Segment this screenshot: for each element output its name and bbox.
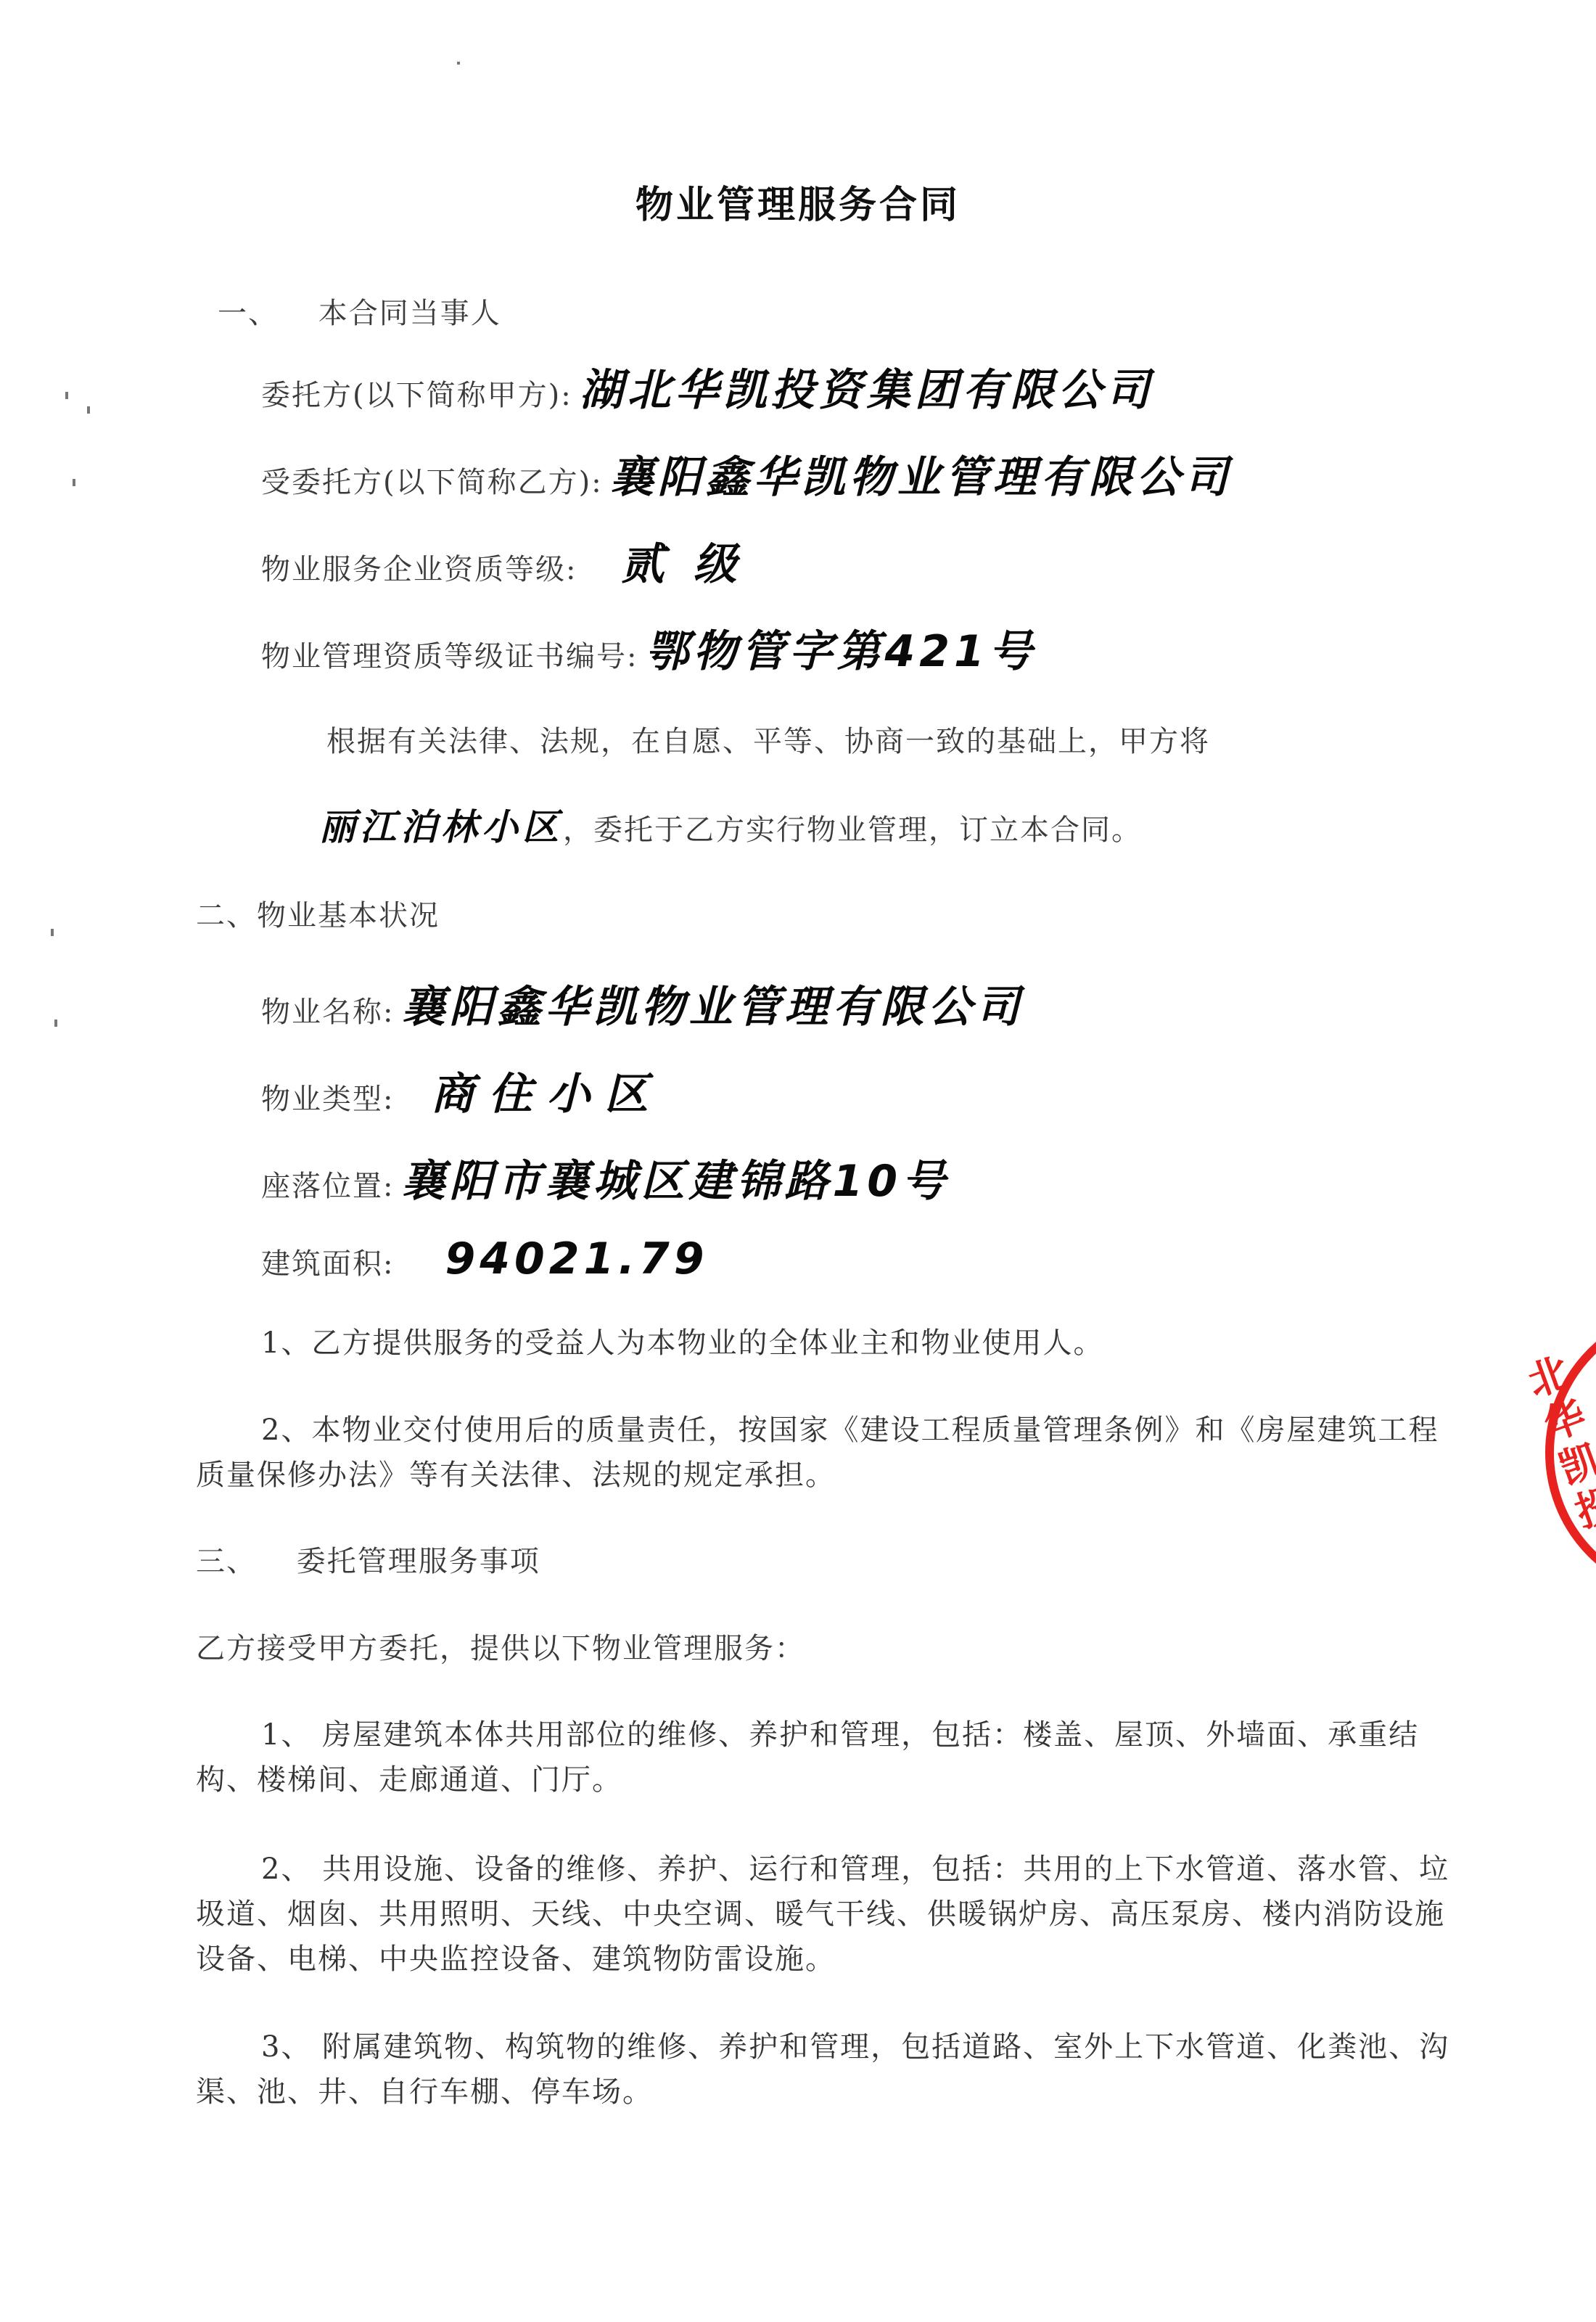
clause-1: 1、乙方提供服务的受益人为本物业的全体业主和物业使用人。 xyxy=(261,1321,1494,1366)
service-item-2: 2、 共用设施、设备的维修、养护、运行和管理，包括：共用的上下水管道、落水管、垃… xyxy=(196,1847,1465,1982)
field-label: 建筑面积: xyxy=(261,1247,394,1281)
section2-title: 物业基本状况 xyxy=(257,899,440,932)
field-label: 物业服务企业资质等级: xyxy=(261,553,577,586)
section3-heading: 三、 委托管理服务事项 xyxy=(196,1538,540,1580)
scan-mark xyxy=(65,392,68,399)
field-value-handwritten: 襄阳鑫华凯物业管理有限公司 xyxy=(610,452,1233,503)
service-item-3: 3、 附属建筑物、构筑物的维修、养护和管理，包括道路、室外上下水管道、化粪池、沟… xyxy=(196,2024,1465,2114)
field-value-handwritten: 湖北华凯投资集团有限公司 xyxy=(580,365,1154,416)
section3-title: 委托管理服务事项 xyxy=(297,1545,540,1578)
section2-number: 二、 xyxy=(196,899,257,932)
section1-heading: 一、 本合同当事人 xyxy=(218,290,501,332)
field-value-handwritten: 贰级 xyxy=(620,539,765,590)
document-title: 物业管理服务合同 xyxy=(0,174,1596,229)
scan-mark xyxy=(54,1020,57,1027)
field-value-handwritten: 94021.79 xyxy=(445,1234,708,1284)
field-label: 物业类型: xyxy=(261,1083,394,1116)
field-value-handwritten: 襄阳鑫华凯物业管理有限公司 xyxy=(401,982,1024,1033)
scan-mark xyxy=(87,406,90,414)
intro-line-2: 丽江泊林小区，委托于乙方实行物业管理，订立本合同。 xyxy=(319,798,1142,850)
field-party-a: 委托方(以下简称甲方):湖北华凯投资集团有限公司 xyxy=(261,356,1154,418)
clause-2: 2、本物业交付使用后的质量责任，按国家《建设工程质量管理条例》和《房屋建筑工程质… xyxy=(196,1408,1465,1498)
field-qualification-level: 物业服务企业资质等级:贰级 xyxy=(261,530,765,592)
scan-mark xyxy=(51,929,54,936)
service-item-1: 1、 房屋建筑本体共用部位的维修、养护和管理，包括：楼盖、屋顶、外墙面、承重结构… xyxy=(196,1712,1465,1802)
field-value-handwritten: 商住小区 xyxy=(430,1069,662,1120)
field-property-type: 物业类型:商住小区 xyxy=(261,1059,662,1122)
scan-mark xyxy=(73,479,75,486)
field-value-handwritten: 襄阳市襄城区建锦路10号 xyxy=(401,1156,950,1207)
field-party-b: 受委托方(以下简称乙方):襄阳鑫华凯物业管理有限公司 xyxy=(261,443,1233,505)
section3-intro: 乙方接受甲方委托，提供以下物业管理服务： xyxy=(196,1625,805,1667)
section2-heading: 二、物业基本状况 xyxy=(196,893,440,934)
section1-number: 一、 xyxy=(218,297,279,330)
intro-line-2-text: ，委托于乙方实行物业管理，订立本合同。 xyxy=(563,813,1142,847)
field-label: 委托方(以下简称甲方): xyxy=(261,379,572,412)
field-certificate-number: 物业管理资质等级证书编号:鄂物管字第421号 xyxy=(261,617,1037,679)
field-label: 座落位置: xyxy=(261,1170,394,1203)
section1-title: 本合同当事人 xyxy=(318,297,501,330)
scan-mark xyxy=(457,62,460,65)
intro-line-1: 根据有关法律、法规，在自愿、平等、协商一致的基础上，甲方将 xyxy=(326,718,1210,760)
property-name-handwritten: 丽江泊林小区 xyxy=(319,806,563,848)
contract-page: 物业管理服务合同 一、 本合同当事人 委托方(以下简称甲方):湖北华凯投资集团有… xyxy=(0,0,1596,2322)
field-label: 受委托方(以下简称乙方): xyxy=(261,466,603,499)
field-label: 物业名称: xyxy=(261,996,394,1029)
field-value-handwritten: 鄂物管字第421号 xyxy=(645,626,1036,677)
field-location: 座落位置:襄阳市襄城区建锦路10号 xyxy=(261,1146,950,1209)
field-property-name: 物业名称:襄阳鑫华凯物业管理有限公司 xyxy=(261,972,1024,1035)
field-building-area: 建筑面积:94021.79 xyxy=(261,1234,709,1284)
field-label: 物业管理资质等级证书编号: xyxy=(261,640,638,673)
section3-number: 三、 xyxy=(196,1545,257,1578)
